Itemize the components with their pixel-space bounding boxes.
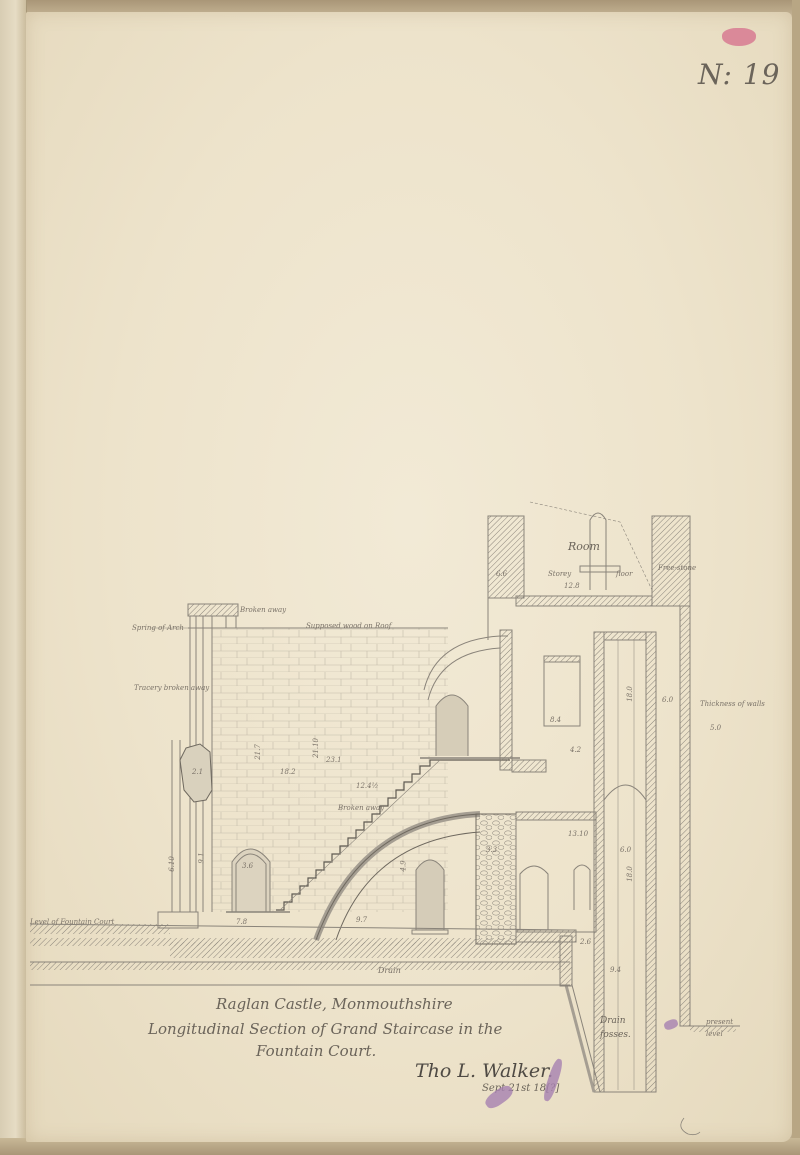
annotation-room: Room — [568, 540, 600, 553]
dim-9-1: 9.1 — [198, 852, 206, 863]
caption-subtitle: Longitudinal Section of Grand Staircase … — [148, 1020, 502, 1038]
dim-21-10: 21.10 — [312, 738, 320, 758]
annotation-thickness-of-walls: Thickness of walls — [700, 700, 765, 708]
annotation-drain: Drain — [378, 966, 401, 975]
dim-23-1: 23.1 — [326, 756, 342, 764]
dim-room-width: 12.8 — [564, 582, 580, 590]
annotation-storey: Storey — [548, 570, 571, 578]
annotation-broken-away-stair: Broken away — [338, 804, 384, 812]
dim-thickness-value: 5.0 — [710, 724, 721, 732]
staircase-section-drawing — [0, 0, 800, 1155]
dim-door-left: 3.6 — [242, 862, 253, 870]
dim-6-0-shaft: 6.0 — [662, 696, 673, 704]
dim-12-4: 12.4½ — [356, 782, 378, 790]
dim-8-4: 8.4 — [550, 716, 561, 724]
signature: Tho L. Walker. — [415, 1060, 553, 1082]
annotation-supposed-wood-roof: Supposed wood on Roof — [306, 622, 391, 630]
dim-13-10: 13.10 — [568, 830, 588, 838]
annotation-present-level: present level — [706, 1016, 742, 1040]
dim-window: 2.1 — [192, 768, 203, 776]
dim-6-0-low: 6.0 — [620, 846, 631, 854]
caption-subtitle-cont: Fountain Court. — [256, 1042, 376, 1060]
dim-9-7: 9.7 — [356, 916, 367, 924]
dim-4-2: 4.2 — [570, 746, 581, 754]
annotation-level-fountain-court: Level of Fountain Court — [30, 918, 114, 926]
annotation-drain-fosses: Drain fosses. — [600, 1014, 640, 1042]
dim-3-3: 3.3 — [486, 846, 497, 854]
dim-18-0: 18.0 — [626, 686, 634, 702]
annotation-broken-away-top: Broken away — [240, 606, 286, 614]
dim-6-10: 6.10 — [168, 856, 176, 872]
dim-wall-left: 6.6 — [496, 570, 507, 578]
dim-18-2: 18.2 — [280, 768, 296, 776]
dim-21-7: 21.7 — [254, 744, 262, 760]
dim-18-0-low: 18.0 — [626, 866, 634, 882]
annotation-floor: floor — [616, 570, 632, 578]
dim-9-4: 9.4 — [610, 966, 621, 974]
caption-title: Raglan Castle, Monmouthshire — [216, 995, 453, 1013]
dim-2-6: 2.6 — [580, 938, 591, 946]
annotation-spring-of-arch: Spring of Arch — [132, 624, 184, 632]
dim-7-8: 7.8 — [236, 918, 247, 926]
dim-4-9: 4.9 — [400, 860, 408, 871]
annotation-free-stone: Free-stone — [658, 564, 696, 572]
annotation-tracery-broken-away: Tracery broken away — [134, 684, 209, 692]
